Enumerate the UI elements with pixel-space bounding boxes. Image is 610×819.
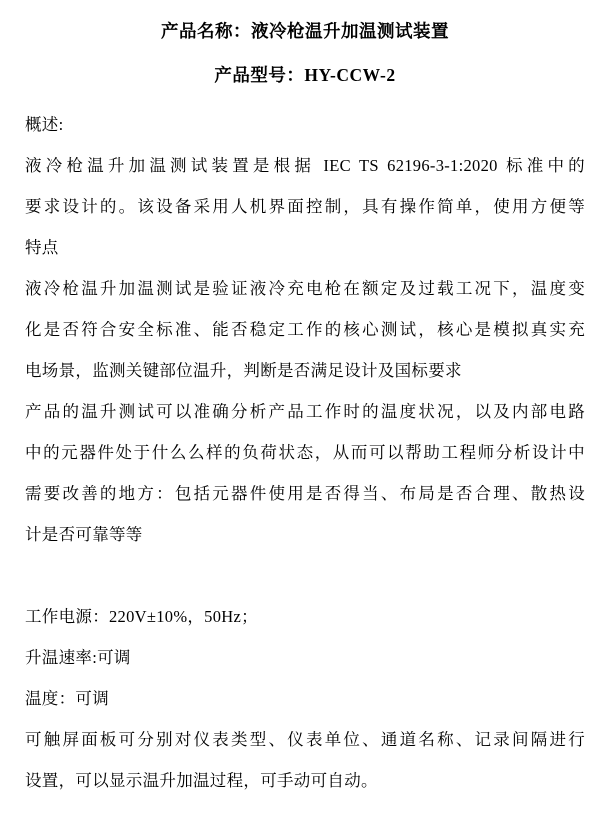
paragraph-line: 液冷枪温升加温测试是验证液冷充电枪在额定及过载工况下，温度变	[25, 268, 585, 309]
paragraph-line: 化是否符合安全标准、能否稳定工作的核心测试，核心是模拟真实充	[25, 309, 585, 350]
spec-temperature: 温度：可调	[25, 678, 585, 719]
paragraph-line: 需要改善的地方：包括元器件使用是否得当、布局是否合理、散热设	[25, 473, 585, 514]
document-page: 产品名称：液冷枪温升加温测试装置 产品型号：HY-CCW-2 概述: 液冷枪温升…	[0, 0, 610, 819]
paragraph-line: 要求设计的。该设备采用人机界面控制，具有操作简单，使用方便等	[25, 186, 585, 227]
spec-list: 工作电源：220V±10%，50Hz； 升温速率:可调 温度：可调	[25, 596, 585, 719]
paragraph-line: 液冷枪温升加温测试装置是根据 IEC TS 62196-3-1:2020 标准中…	[25, 145, 585, 186]
paragraph-line: 产品的温升测试可以准确分析产品工作时的温度状况，以及内部电路	[25, 391, 585, 432]
paragraph-line: 计是否可靠等等	[25, 514, 585, 555]
paragraph-overview-2: 液冷枪温升加温测试是验证液冷充电枪在额定及过载工况下，温度变 化是否符合安全标准…	[25, 268, 585, 391]
spec-heating-rate: 升温速率:可调	[25, 637, 585, 678]
spec-power-supply: 工作电源：220V±10%，50Hz；	[25, 596, 585, 637]
paragraph-line: 特点	[25, 227, 585, 268]
product-name-title: 产品名称：液冷枪温升加温测试装置	[25, 9, 585, 53]
document-body: 概述: 液冷枪温升加温测试装置是根据 IEC TS 62196-3-1:2020…	[25, 104, 585, 801]
paragraph-touchscreen: 可触屏面板可分别对仪表类型、仪表单位、通道名称、记录间隔进行 设置，可以显示温升…	[25, 719, 585, 801]
paragraph-overview-3: 产品的温升测试可以准确分析产品工作时的温度状况，以及内部电路 中的元器件处于什么…	[25, 391, 585, 555]
paragraph-line: 设置，可以显示温升加温过程，可手动可自动。	[25, 760, 585, 801]
paragraph-line: 电场景，监测关键部位温升，判断是否满足设计及国标要求	[25, 350, 585, 391]
product-model-title: 产品型号：HY-CCW-2	[25, 53, 585, 97]
overview-heading: 概述:	[25, 104, 585, 145]
paragraph-line: 中的元器件处于什么么样的负荷状态，从而可以帮助工程师分析设计中	[25, 432, 585, 473]
paragraph-overview-1: 液冷枪温升加温测试装置是根据 IEC TS 62196-3-1:2020 标准中…	[25, 145, 585, 268]
paragraph-line: 可触屏面板可分别对仪表类型、仪表单位、通道名称、记录间隔进行	[25, 719, 585, 760]
blank-line	[25, 555, 585, 596]
